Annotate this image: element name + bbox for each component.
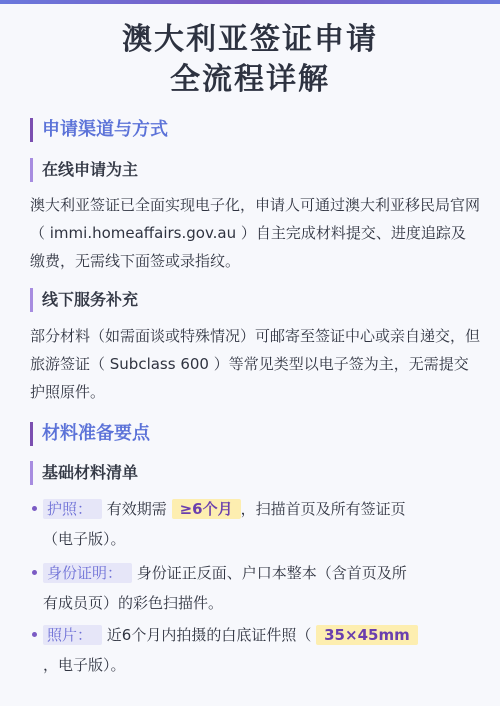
- bullet-dot-icon: [32, 506, 37, 511]
- highlight-value: 35×45mm: [316, 625, 418, 645]
- section-heading-materials: 材料准备要点: [30, 422, 150, 446]
- top-gradient-bar: [0, 0, 500, 4]
- list-item-passport: 护照： 有效期需 ≥6个月，扫描首页及所有签证页 （电子版）。: [30, 494, 480, 554]
- item-text-continued: ，电子版）。: [30, 656, 126, 674]
- paragraph-offline: 部分材料（如需面谈或特殊情况）可邮寄至签证中心或亲自递交，但旅游签证（ Subc…: [30, 322, 480, 406]
- item-text-post: ，扫描首页及所有签证页: [241, 500, 406, 518]
- subsection-heading-online: 在线申请为主: [30, 158, 138, 182]
- bullet-dot-icon: [32, 632, 37, 637]
- list-item-photo: 照片： 近6个月内拍摄的白底证件照（ 35×45mm ，电子版）。: [30, 620, 480, 680]
- section-heading-channels: 申请渠道与方式: [30, 118, 168, 142]
- item-text: 有效期需: [107, 500, 167, 518]
- paragraph-online: 澳大利亚签证已全面实现电子化，申请人可通过澳大利亚移民局官网（ immi.hom…: [30, 191, 480, 275]
- highlight-value: ≥6个月: [172, 499, 241, 519]
- item-text-continued: 有成员页）的彩色扫描件。: [30, 594, 223, 612]
- page-title-line2: 全流程详解: [0, 60, 500, 100]
- page-title-line1: 澳大利亚签证申请: [0, 20, 500, 60]
- list-item-identity: 身份证明： 身份证正反面、户口本整本（含首页及所 有成员页）的彩色扫描件。: [30, 558, 480, 618]
- subsection-heading-offline: 线下服务补充: [30, 288, 138, 312]
- item-label: 护照：: [43, 499, 102, 519]
- item-text: 身份证正反面、户口本整本（含首页及所: [137, 564, 407, 582]
- bullet-dot-icon: [32, 570, 37, 575]
- item-text: 近6个月内拍摄的白底证件照（: [107, 626, 312, 644]
- item-label: 身份证明：: [43, 563, 132, 583]
- subsection-heading-basic-list: 基础材料清单: [30, 461, 138, 485]
- item-label: 照片：: [43, 625, 102, 645]
- item-text-continued: （电子版）。: [30, 530, 126, 548]
